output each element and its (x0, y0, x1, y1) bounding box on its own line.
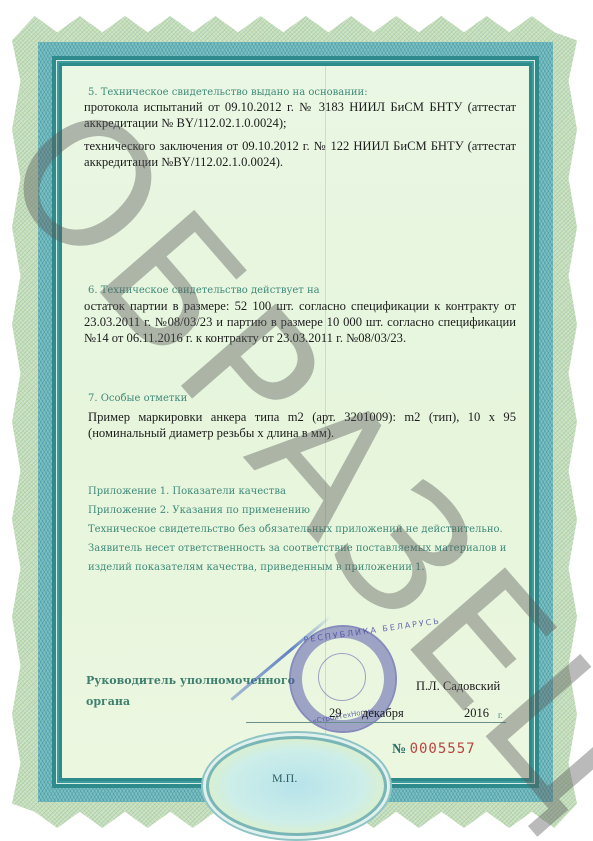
seal-placeholder (206, 736, 387, 836)
section-5-item: технического заключения от 09.10.2012 г.… (84, 138, 516, 170)
signer-name: П.Л. Садовский (416, 679, 500, 694)
validity-note: Техническое свидетельство без обязательн… (88, 520, 503, 539)
date-month: декабря (362, 706, 404, 721)
section-6-title: 6. Техническое свидетельство действует н… (88, 285, 320, 296)
appendix-1: Приложение 1. Показатели качества (88, 482, 286, 501)
head-of-authority-label: Руководитель уполномоченного органа (86, 670, 295, 712)
date-underline (246, 722, 506, 723)
date-day: 29 (329, 706, 342, 721)
seal-label: М.П. (272, 771, 297, 786)
responsibility-note-line2: изделий показателям качества, приведенны… (88, 558, 425, 577)
section-7-text: Пример маркировки анкера типа m2 (арт. 3… (88, 409, 516, 441)
responsibility-note-line1: Заявитель несет ответственность за соотв… (88, 539, 506, 558)
appendix-2: Приложение 2. Указания по применению (88, 501, 310, 520)
section-7-title: 7. Особые отметки (88, 393, 187, 404)
date-suffix: г. (498, 710, 503, 720)
stamp-emblem-icon (318, 653, 366, 701)
date-year: 2016 (464, 706, 489, 721)
section-6-text: остаток партии в размере: 52 100 шт. сог… (84, 298, 516, 346)
number-value: 0005557 (410, 741, 476, 757)
section-5-title: 5. Техническое свидетельство выдано на о… (88, 87, 368, 98)
section-5-item: протокола испытаний от 09.10.2012 г. № 3… (84, 99, 516, 131)
number-prefix: № (392, 742, 406, 757)
head-label-line2: органа (86, 691, 295, 712)
document-number: № 0005557 (392, 741, 476, 758)
